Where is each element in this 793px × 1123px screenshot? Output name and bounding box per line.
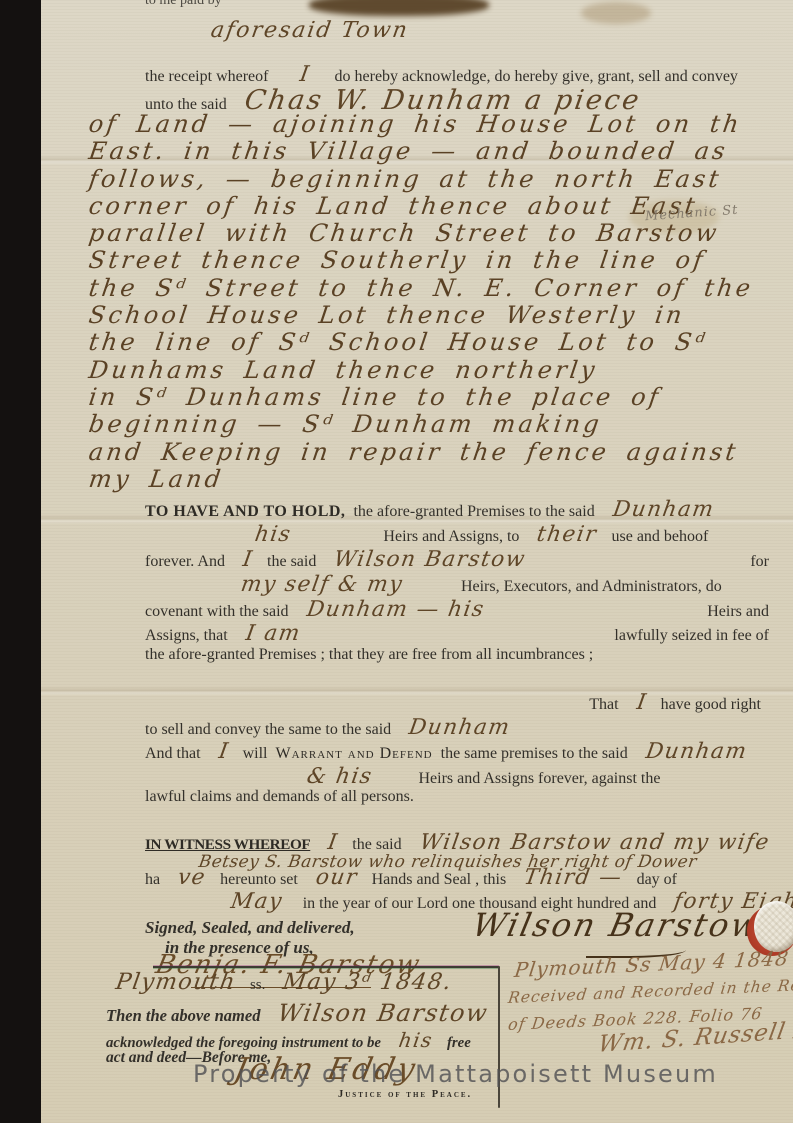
- handwritten-line: East. in this Village — and bounded as: [87, 138, 793, 165]
- handwritten-text: I: [241, 547, 255, 572]
- printed-text: ha: [145, 871, 160, 888]
- handwritten-text: our: [314, 865, 360, 890]
- printed-text: the receipt whereof: [145, 68, 268, 85]
- printed-text: Heirs and Assigns, to: [383, 528, 519, 545]
- handwritten-text: Wilson Barstow: [276, 999, 491, 1027]
- deed-line-covenant: & hisHeirs and Assigns forever, against …: [145, 764, 793, 789]
- deed-line-covenant: lawful claims and demands of all persons…: [145, 788, 769, 806]
- printed-text: TO HAVE AND TO HOLD,: [145, 503, 345, 520]
- handwritten-text: I: [217, 739, 231, 764]
- printed-text: use and behoof: [612, 528, 709, 545]
- handwritten-text: their: [535, 522, 599, 547]
- printed-text: will: [243, 745, 268, 762]
- embossed-paper-seal: [754, 901, 793, 952]
- printed-text: the afore-granted Premises to the said: [353, 503, 594, 520]
- printed-text: And that: [145, 745, 201, 762]
- deed-line-habendum: forever. AndIthe saidWilson Barstowfor: [145, 547, 769, 572]
- deed-line-covenant: to sell and convey the same to the saidD…: [145, 715, 769, 740]
- deed-line-top-fragment: to me paid by: [145, 0, 769, 9]
- printed-text: the same premises to the said: [441, 745, 628, 762]
- notary-section-rule: [153, 966, 499, 968]
- printed-text: ss.: [250, 977, 265, 993]
- handwritten-text: Dunham: [611, 497, 716, 522]
- handwritten-text: Plymouth: [114, 969, 238, 995]
- deed-line-habendum: my self & myHeirs, Executors, and Admini…: [145, 572, 793, 597]
- handwritten-line: my Land: [87, 466, 793, 493]
- deed-line-covenant: And thatIwillWarrant and Defendthe same …: [145, 739, 769, 764]
- printed-text: lawful claims and demands of all persons…: [145, 788, 414, 805]
- handwritten-text: his: [253, 522, 293, 547]
- handwritten-text: Dunham — his: [305, 597, 487, 622]
- handwritten-line: parallel with Church Street to Barstow: [87, 220, 793, 247]
- printed-text: for: [750, 553, 769, 571]
- grantor-signature: Wilson Barstow: [469, 906, 765, 944]
- handwritten-text: & his: [305, 764, 374, 789]
- handwritten-text: May: [229, 889, 285, 914]
- handwritten-text: I: [635, 690, 649, 715]
- printed-text: to sell and convey the same to the said: [145, 721, 391, 738]
- museum-watermark: Property of the Mattapoisett Museum: [193, 1060, 718, 1088]
- handwritten-line: beginning — Sᵈ Dunham making: [87, 411, 793, 438]
- printed-text: the said: [267, 553, 316, 571]
- handwritten-text: I: [299, 62, 313, 87]
- deed-line-witness: havehereunto setourHands and Seal , this…: [145, 865, 769, 890]
- handwritten-line: School House Lot thence Westerly in: [87, 302, 793, 329]
- handwritten-line: Street thence Southerly in the line of: [87, 247, 793, 274]
- handwritten-text: Third —: [522, 865, 624, 890]
- scan-background-edge: [0, 0, 41, 1123]
- deed-document-paper: to me paid by aforesaid Town the receipt…: [41, 0, 793, 1123]
- justice-of-peace-title: Justice of the Peace.: [338, 1089, 472, 1100]
- handwritten-line: in Sᵈ Dunhams line to the place of: [87, 384, 793, 411]
- printed-text: covenant with the said: [145, 603, 289, 621]
- printed-text: day of: [637, 871, 677, 888]
- notary-line-named: Then the above namedWilson Barstow: [106, 999, 498, 1027]
- handwritten-text: May 3ᵈ 1848.: [281, 969, 454, 995]
- handwritten-line: the line of Sᵈ School House Lot to Sᵈ: [87, 329, 793, 356]
- handwritten-text: I am: [244, 621, 303, 646]
- handwritten-text: my self & my: [239, 572, 405, 597]
- printed-text: lawfully seized in fee of: [614, 627, 769, 645]
- printed-text: Warrant and Defend: [275, 745, 432, 762]
- printed-text: have good right: [661, 696, 761, 713]
- handwritten-text: Wilson Barstow: [332, 547, 528, 572]
- scanned-deed-page: to me paid by aforesaid Town the receipt…: [0, 0, 793, 1123]
- printed-text: Signed, Sealed, and delivered,: [145, 918, 355, 937]
- handwritten-line: the Sᵈ Street to the N. E. Corner of the: [87, 275, 793, 302]
- handwritten-line: Dunhams Land thence northerly: [87, 357, 793, 384]
- handwritten-line: and Keeping in repair the fence against: [87, 439, 793, 466]
- printed-text: Heirs and: [707, 603, 769, 621]
- deed-line-habendum: covenant with the saidDunham — hisHeirs …: [145, 597, 769, 622]
- handwritten-line: follows, — beginning at the north East: [87, 166, 793, 193]
- printed-text: Hands and Seal , this: [372, 871, 507, 888]
- handwritten-aforesaid-town: aforesaid Town: [209, 18, 793, 43]
- printed-text: Assigns, that: [145, 627, 228, 645]
- deed-line-habendum: hisHeirs and Assigns, totheiruse and beh…: [145, 522, 793, 547]
- handwritten-text: Dunham: [407, 715, 512, 740]
- printed-text: Heirs, Executors, and Administrators, do: [461, 578, 722, 595]
- handwritten-text: ve: [176, 865, 208, 890]
- printed-text: hereunto set: [220, 871, 298, 888]
- deed-line-habendum: TO HAVE AND TO HOLD,the afore-granted Pr…: [145, 497, 769, 522]
- notary-line-venue-date: Plymouthss.May 3ᵈ 1848.: [106, 969, 498, 995]
- printed-text: forever. And: [145, 553, 225, 571]
- handwritten-text: Dunham: [644, 739, 749, 764]
- deed-line-habendum: the afore-granted Premises ; that they a…: [145, 646, 769, 664]
- deed-line-receipt: the receipt whereofIdo hereby acknowledg…: [145, 62, 769, 87]
- deed-line-covenant: ThatIhave good right: [145, 690, 769, 715]
- printed-text: Heirs and Assigns forever, against the: [418, 770, 660, 787]
- handwritten-line: of Land — ajoining his House Lot on th: [87, 111, 793, 138]
- deed-line-habendum: Assigns, thatI amlawfully seized in fee …: [145, 621, 769, 646]
- printed-text: Then the above named: [106, 1006, 260, 1025]
- printed-text: the afore-granted Premises ; that they a…: [145, 646, 593, 663]
- printed-text: do hereby acknowledge, do hereby give, g…: [335, 68, 738, 85]
- property-description-block: of Land — ajoining his House Lot on thEa…: [87, 111, 793, 493]
- printed-text: That: [589, 696, 618, 713]
